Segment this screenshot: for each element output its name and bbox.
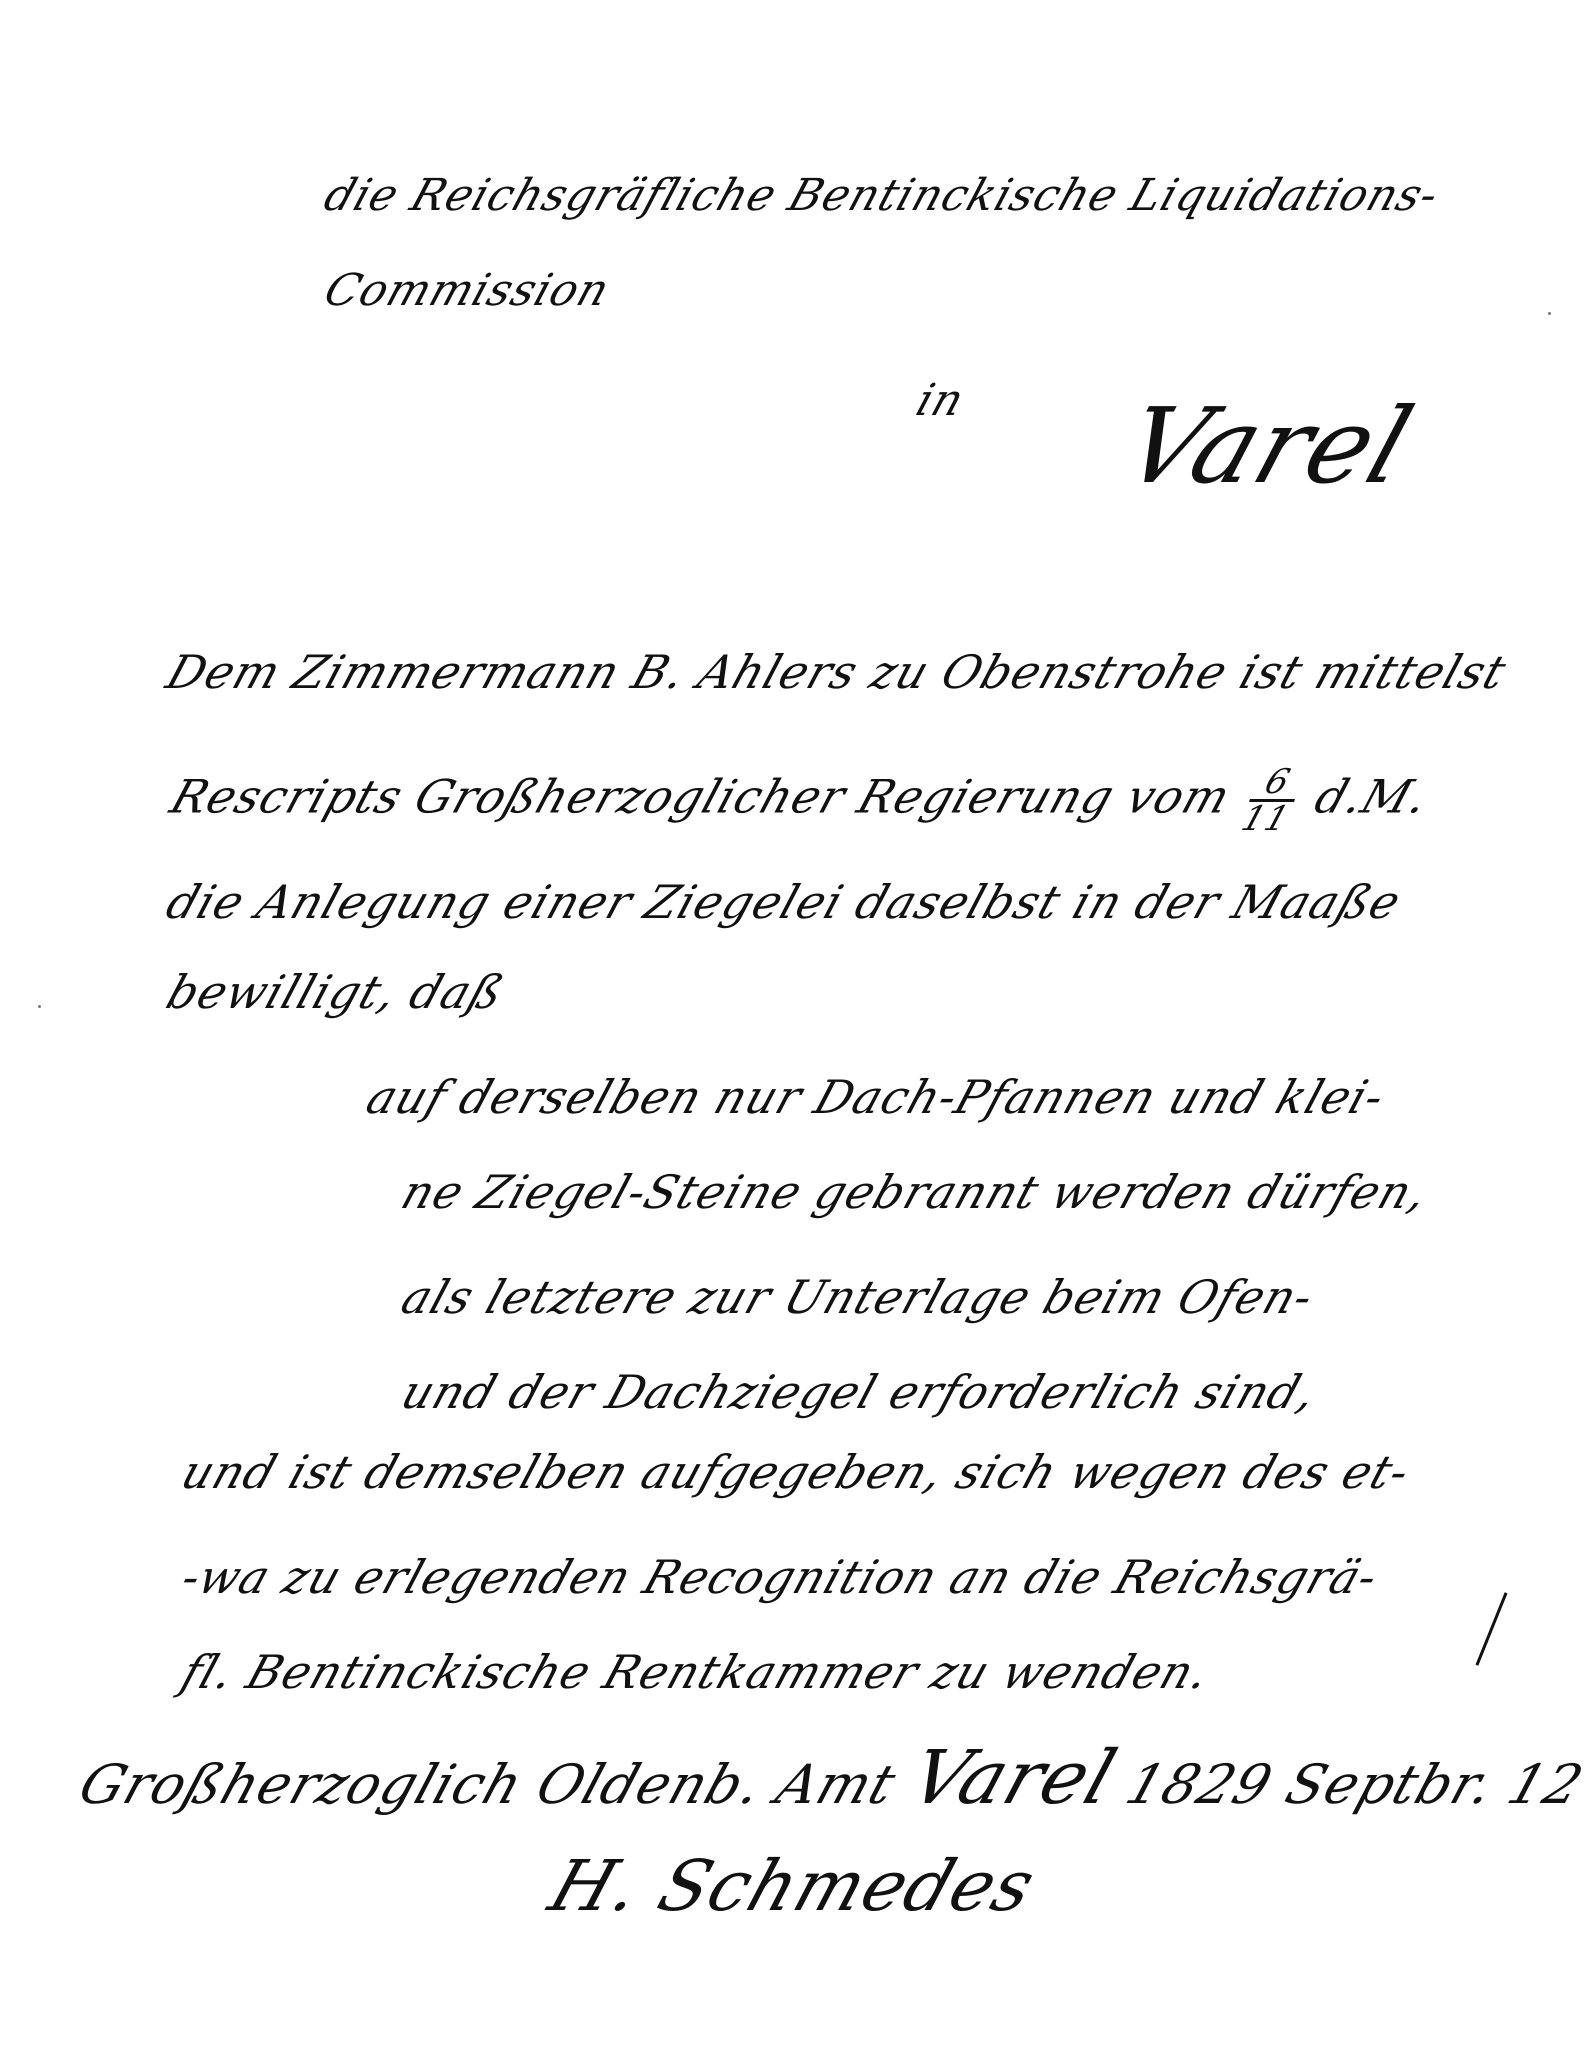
indented-line-2: ne Ziegel-Steine gebrannt werden dürfen,	[395, 1165, 1435, 1219]
address-line-1: die Reichsgräfliche Bentinckische Liquid…	[318, 170, 1446, 221]
margin-stroke	[1475, 1592, 1507, 1665]
dateline-month: Septbr.	[1278, 1753, 1502, 1816]
indented-line-1: auf derselben nur Dach-Pfannen und klei-	[360, 1070, 1392, 1124]
dateline-place: Varel	[900, 1735, 1127, 1821]
letter-page: die Reichsgräfliche Bentinckische Liquid…	[0, 0, 1594, 2067]
dateline-year: 1829	[1119, 1753, 1281, 1816]
paper-speck	[1548, 312, 1551, 315]
address-line-2: Commission	[318, 265, 616, 316]
paper-speck	[38, 1005, 41, 1008]
indented-line-4: und der Dachziegel erforderlich sind,	[395, 1365, 1324, 1419]
signature: H. Schmedes	[540, 1845, 1045, 1927]
dateline: Großherzoglich Oldenb. Amt Varel 1829 Se…	[70, 1735, 1594, 1821]
closing-line-3: fl. Bentinckische Rentkammer zu wenden.	[175, 1645, 1217, 1699]
closing-line-1: und ist demselben aufgegeben, sich wegen…	[175, 1445, 1417, 1499]
date-fraction: 6 11	[1238, 765, 1306, 836]
body-line-4: bewilligt, daß	[160, 965, 511, 1019]
dateline-authority: Großherzoglich Oldenb. Amt	[72, 1753, 904, 1816]
indented-line-3: als letztere zur Unterlage beim Ofen-	[395, 1270, 1321, 1324]
body-line-1: Dem Zimmermann B. Ahlers zu Obenstrohe i…	[160, 645, 1513, 699]
fraction-suffix: d.M.	[1309, 770, 1436, 824]
fraction-numerator: 6	[1249, 765, 1306, 802]
address-preposition: in	[910, 375, 971, 426]
dateline-day: 12	[1500, 1753, 1591, 1816]
body-line-2: Rescripts Großherzoglicher Regierung vom…	[160, 765, 1437, 836]
body-line-3: die Anlegung einer Ziegelei daselbst in …	[160, 875, 1408, 929]
closing-line-2: -wa zu erlegenden Recognition an die Rei…	[175, 1550, 1385, 1604]
address-place: Varel	[1110, 385, 1427, 507]
body-line-2-text: Rescripts Großherzoglicher Regierung vom	[164, 770, 1237, 824]
fraction-denominator: 11	[1238, 802, 1294, 836]
